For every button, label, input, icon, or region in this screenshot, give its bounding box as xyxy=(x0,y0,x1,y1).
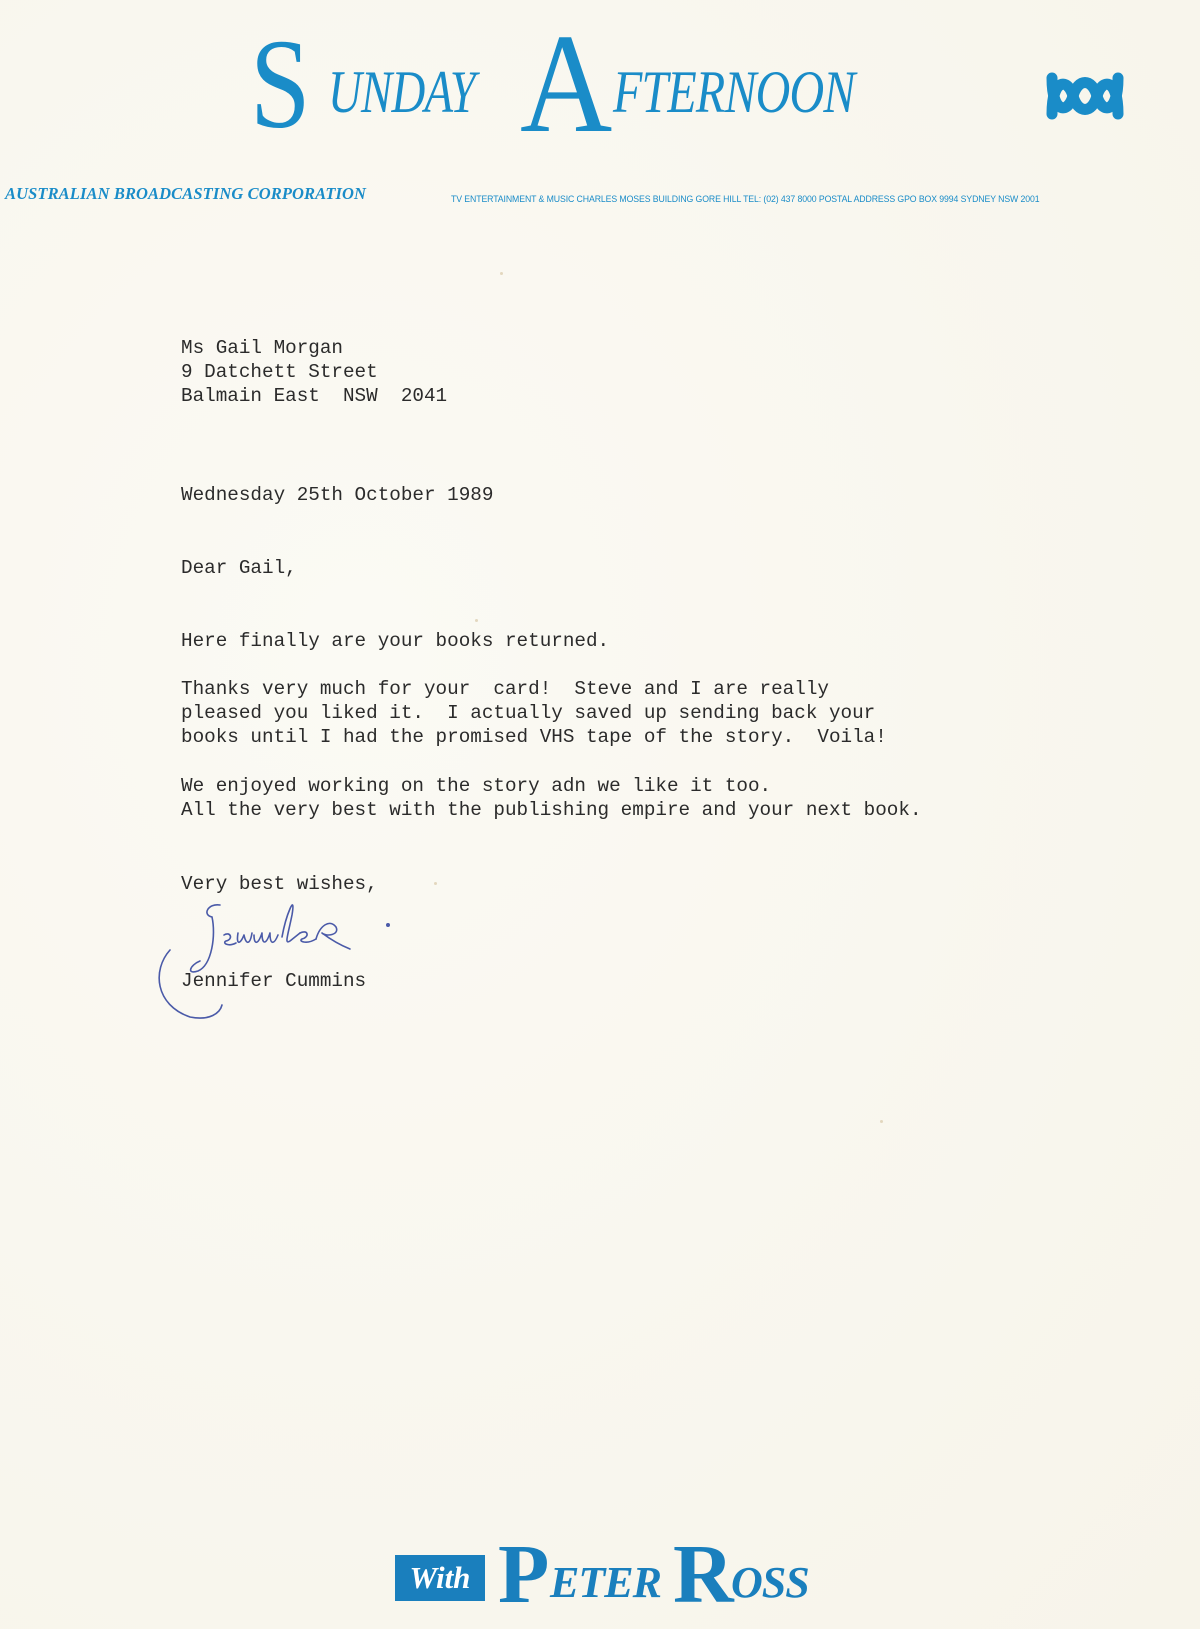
corporation-name: AUSTRALIAN BROADCASTING CORPORATION xyxy=(5,184,366,204)
host-last-initial: R xyxy=(673,1533,734,1617)
corporation-address: TV ENTERTAINMENT & MUSIC CHARLES MOSES B… xyxy=(451,193,1040,204)
paper-speck xyxy=(434,882,437,885)
recipient-address: Ms Gail Morgan9 Datchett StreetBalmain E… xyxy=(181,336,447,408)
signatory-name: Jennifer Cummins xyxy=(181,969,366,993)
show-title-logo: S UNDAY A FTERNOON xyxy=(250,20,990,140)
title-word-fternoon: FTERNOON xyxy=(613,62,855,122)
recipient-street: 9 Datchett Street xyxy=(181,360,447,384)
paper-speck xyxy=(500,272,503,275)
paper-speck xyxy=(880,1120,883,1123)
paragraph-3: We enjoyed working on the story adn we l… xyxy=(181,774,922,822)
host-credit-logo: With P ETER R OSS xyxy=(395,1539,815,1609)
host-last-name: OSS xyxy=(731,1561,809,1605)
recipient-locality: Balmain East NSW 2041 xyxy=(181,384,447,408)
salutation: Dear Gail, xyxy=(181,556,297,580)
title-initial-s: S xyxy=(250,20,311,148)
title-word-unday: UNDAY xyxy=(328,62,475,122)
handwritten-signature xyxy=(150,895,410,1020)
host-first-name: ETER xyxy=(550,1561,661,1605)
paper-speck xyxy=(475,619,478,622)
abc-logo-icon xyxy=(1044,68,1126,124)
paragraph-2: Thanks very much for your card! Steve an… xyxy=(181,677,887,749)
with-label: With xyxy=(395,1555,485,1601)
recipient-name: Ms Gail Morgan xyxy=(181,336,447,360)
closing-line: Very best wishes, xyxy=(181,872,378,896)
paragraph-1: Here finally are your books returned. xyxy=(181,629,609,653)
host-first-initial: P xyxy=(498,1533,549,1617)
title-initial-a: A xyxy=(520,12,612,154)
letter-date: Wednesday 25th October 1989 xyxy=(181,483,493,507)
